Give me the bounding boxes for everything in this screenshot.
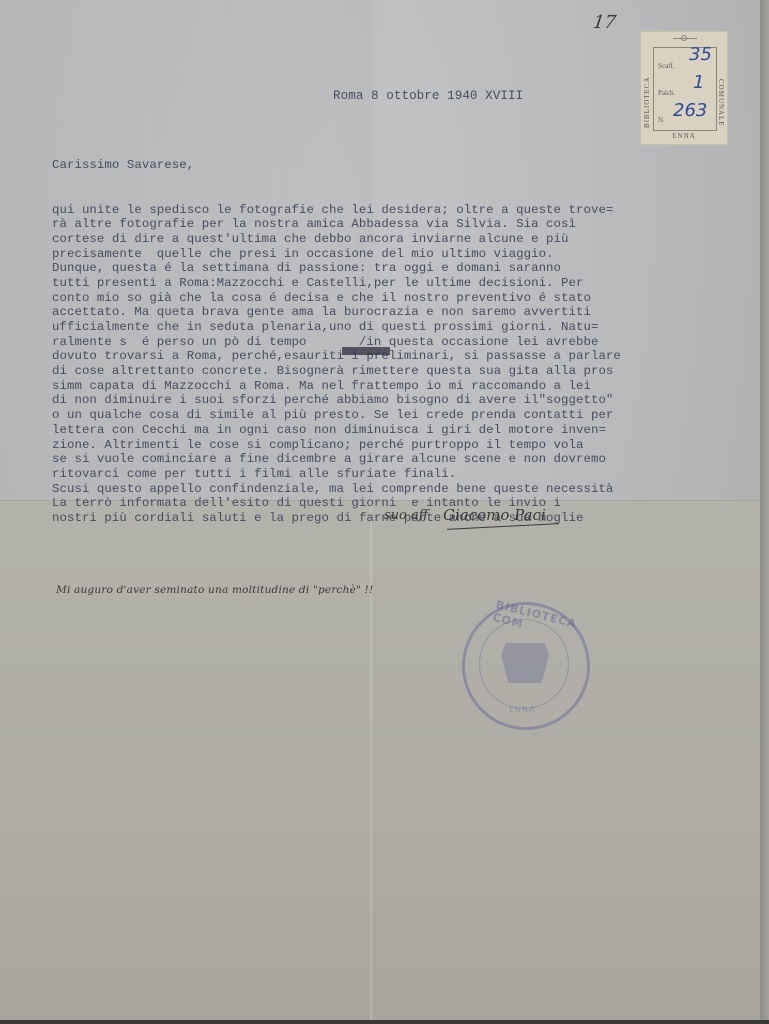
body-line: di cose altrettanto concrete. Bisognerà … [52, 364, 621, 379]
label-value-case: 1 [693, 72, 704, 93]
library-stamp: BIBLIOTECA COM ENNA [462, 602, 590, 730]
label-field-case: Palch. [658, 89, 675, 97]
body-line: lettera con Cecchi ma in ogni caso non d… [52, 423, 621, 438]
coat-of-arms-icon [501, 643, 549, 683]
body-paragraph: qui unite le spedisco le fotografie che … [52, 203, 621, 526]
body-line: cortese di dire a quest'ultima che debbo… [52, 232, 621, 247]
body-line: conto mio so già che la cosa é decisa e … [52, 291, 621, 306]
body-line: ufficialmente che in seduta plenaria,uno… [52, 320, 621, 335]
body-line: o un qualche cosa di simile al più prest… [52, 408, 621, 423]
letter-body: Carissimo Savarese, qui unite le spedisc… [52, 129, 621, 540]
body-line: ralmente s é perso un pò di tempo /in qu… [52, 335, 621, 350]
label-field-shelf: Scaff. [658, 62, 674, 70]
body-line: tutti presenti a Roma:Mazzocchi e Castel… [52, 276, 621, 291]
typed-crossout-mark [342, 347, 390, 355]
closing: suo aff [384, 508, 428, 523]
handwritten-note: Mi auguro d'aver seminato una moltitudin… [56, 584, 373, 596]
dateline: Roma 8 ottobre 1940 XVIII [333, 89, 523, 103]
body-line: accettato. Ma queta brava gente ama la b… [52, 305, 621, 320]
label-bottom-text: ENNA [641, 132, 727, 140]
stamp-bottom-text: ENNA [509, 705, 536, 714]
body-line: precisamente quelle che presi in occasio… [52, 247, 621, 262]
paper-right-edge [760, 0, 769, 1024]
body-line: ritovarci come per tutti i filmi alle sf… [52, 467, 621, 482]
letter-lower-fold [0, 500, 760, 1020]
body-line: Scusi questo appello confindenziale, ma … [52, 482, 621, 497]
body-line: dovuto trovarsi a Roma, perché,esauriti … [52, 349, 621, 364]
label-left-text: BIBLIOTECA [643, 76, 651, 128]
body-line: se si vuole cominciare a fine dicembre a… [52, 452, 621, 467]
label-value-shelf: 35 [689, 44, 712, 65]
label-value-number: 263 [673, 100, 707, 121]
body-line: qui unite le spedisco le fotografie che … [52, 203, 621, 218]
archive-label: BIBLIOTECA COMUNALE Scaff. 35 Palch. 1 N… [641, 32, 727, 144]
body-line: Dunque, questa é la settimana di passion… [52, 261, 621, 276]
label-field-number: N. [658, 116, 665, 124]
paper-bottom-edge [0, 1020, 769, 1024]
body-line: simm capata di Mazzocchi a Roma. Ma nel … [52, 379, 621, 394]
body-line: rà altre fotografie per la nostra amica … [52, 217, 621, 232]
salutation: Carissimo Savarese, [52, 158, 621, 173]
label-rule [673, 38, 697, 39]
page-number: 17 [592, 12, 618, 33]
vertical-fold-line [370, 500, 372, 1020]
label-right-text: COMUNALE [717, 79, 725, 127]
body-line: zione. Altrimenti le cose si complicano;… [52, 438, 621, 453]
signature: Giacomo Paci [443, 506, 546, 524]
body-line: di non diminuire i suoi sforzi perché ab… [52, 393, 621, 408]
